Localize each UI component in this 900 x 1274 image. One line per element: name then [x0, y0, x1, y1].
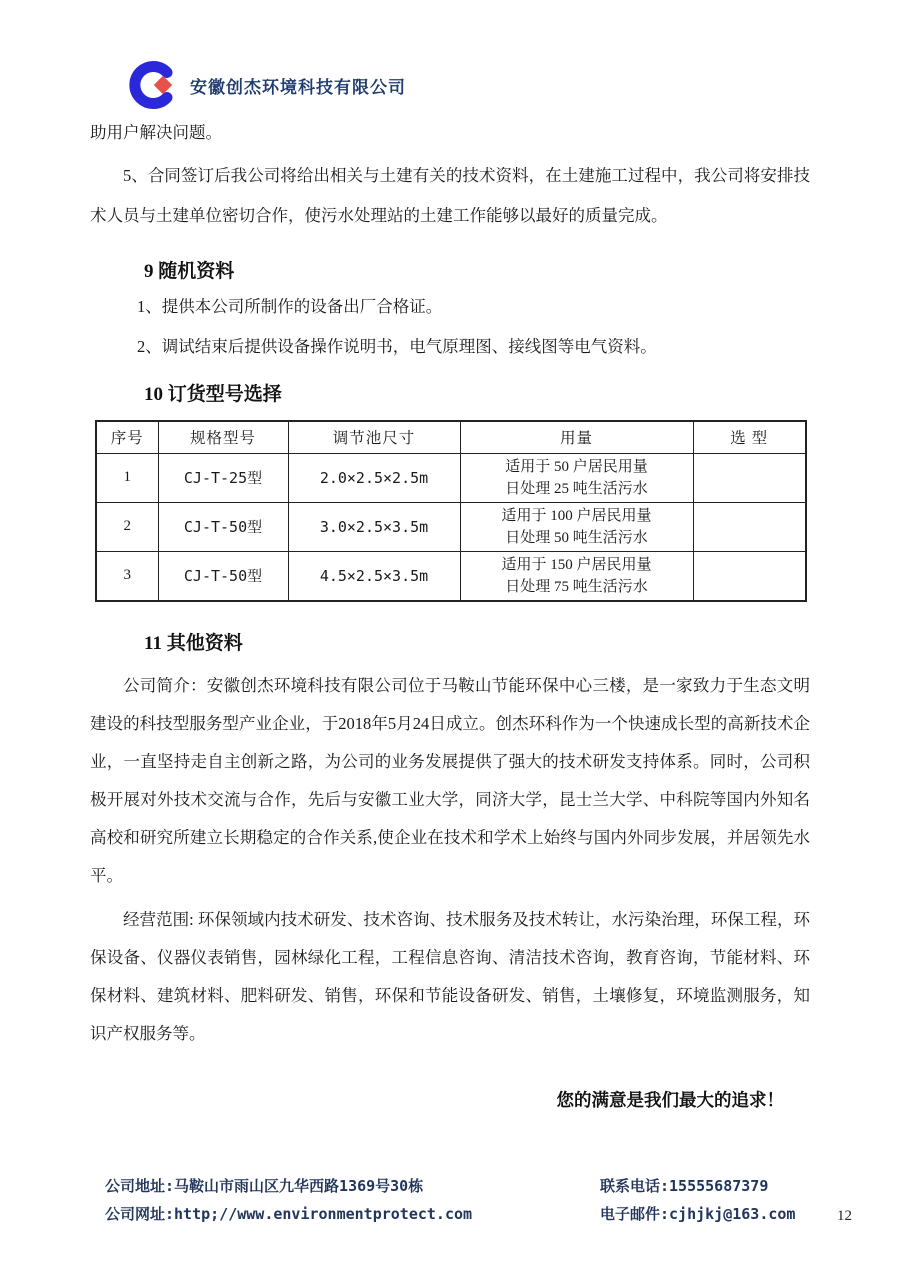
cell-selection	[693, 502, 806, 551]
section-9-title: 9 随机资料	[144, 256, 810, 283]
cell-pool-size: 3.0×2.5×3.5m	[288, 502, 460, 551]
table-header: 序号 规格型号 调节池尺寸 用量 选 型	[96, 421, 806, 453]
col-header-selection: 选 型	[693, 421, 806, 453]
section-11-title: 11 其他资料	[144, 628, 810, 655]
document-page: 安徽创杰环境科技有限公司 助用户解决问题。 5、合同签订后我公司将给出相关与土建…	[0, 0, 900, 1274]
company-name: 安徽创杰环境科技有限公司	[190, 73, 406, 98]
cell-selection	[693, 551, 806, 601]
cell-usage: 适用于 150 户居民用量 日处理 75 吨生活污水	[460, 551, 693, 601]
usage-line: 日处理 75 吨生活污水	[465, 576, 689, 598]
paragraph-5: 5、合同签订后我公司将给出相关与土建有关的技术资料，在土建施工过程中，我公司将安…	[90, 156, 810, 236]
table-row: 2 CJ-T-50型 3.0×2.5×3.5m 适用于 100 户居民用量 日处…	[96, 502, 806, 551]
page-number: 12	[837, 1208, 852, 1225]
cell-selection	[693, 453, 806, 502]
slogan-line: 您的满意是我们最大的追求！	[90, 1087, 810, 1112]
cell-usage: 适用于 50 户居民用量 日处理 25 吨生活污水	[460, 453, 693, 502]
usage-line: 日处理 50 吨生活污水	[465, 527, 689, 549]
cell-index: 2	[96, 502, 158, 551]
col-header-pool-size: 调节池尺寸	[288, 421, 460, 453]
cell-model: CJ-T-50型	[158, 551, 288, 601]
cell-model: CJ-T-50型	[158, 502, 288, 551]
cell-index: 1	[96, 453, 158, 502]
col-header-index: 序号	[96, 421, 158, 453]
paragraph-continuation: 助用户解决问题。	[90, 120, 810, 146]
col-header-model: 规格型号	[158, 421, 288, 453]
company-logo-icon	[128, 61, 176, 109]
usage-line: 日处理 25 吨生活污水	[465, 478, 689, 500]
footer-left-column: 公司地址:马鞍山市雨山区九华西路1369号30栋 公司网址:http;//www…	[105, 1172, 472, 1228]
table-row: 3 CJ-T-50型 4.5×2.5×3.5m 适用于 150 户居民用量 日处…	[96, 551, 806, 601]
company-profile-paragraph: 公司简介：安徽创杰环境科技有限公司位于马鞍山节能环保中心三楼，是一家致力于生态文…	[90, 667, 810, 895]
usage-line: 适用于 50 户居民用量	[465, 456, 689, 478]
section-9-item-1: 1、提供本公司所制作的设备出厂合格证。	[90, 287, 810, 327]
footer-website: 公司网址:http;//www.environmentprotect.com	[105, 1200, 472, 1228]
col-header-usage: 用量	[460, 421, 693, 453]
business-scope-paragraph: 经营范围: 环保领域内技术研发、技术咨询、技术服务及技术转让，水污染治理，环保工…	[90, 901, 810, 1053]
footer-right-column: 联系电话:15555687379 电子邮件:cjhjkj@163.com	[600, 1172, 795, 1228]
section-10-title: 10 订货型号选择	[144, 379, 810, 406]
page-content: 安徽创杰环境科技有限公司 助用户解决问题。 5、合同签订后我公司将给出相关与土建…	[0, 0, 900, 1112]
section-9-item-2: 2、调试结束后提供设备操作说明书，电气原理图、接线图等电气资料。	[90, 327, 810, 367]
model-selection-table: 序号 规格型号 调节池尺寸 用量 选 型 1 CJ-T-25型 2.0×2.5×…	[95, 420, 807, 602]
footer-phone: 联系电话:15555687379	[600, 1172, 795, 1200]
cell-pool-size: 4.5×2.5×3.5m	[288, 551, 460, 601]
cell-pool-size: 2.0×2.5×2.5m	[288, 453, 460, 502]
cell-model: CJ-T-25型	[158, 453, 288, 502]
usage-line: 适用于 100 户居民用量	[465, 505, 689, 527]
table-row: 1 CJ-T-25型 2.0×2.5×2.5m 适用于 50 户居民用量 日处理…	[96, 453, 806, 502]
cell-usage: 适用于 100 户居民用量 日处理 50 吨生活污水	[460, 502, 693, 551]
company-logo-header: 安徽创杰环境科技有限公司	[128, 60, 810, 110]
footer-address: 公司地址:马鞍山市雨山区九华西路1369号30栋	[105, 1172, 472, 1200]
cell-index: 3	[96, 551, 158, 601]
usage-line: 适用于 150 户居民用量	[465, 554, 689, 576]
footer-email: 电子邮件:cjhjkj@163.com	[600, 1200, 795, 1228]
